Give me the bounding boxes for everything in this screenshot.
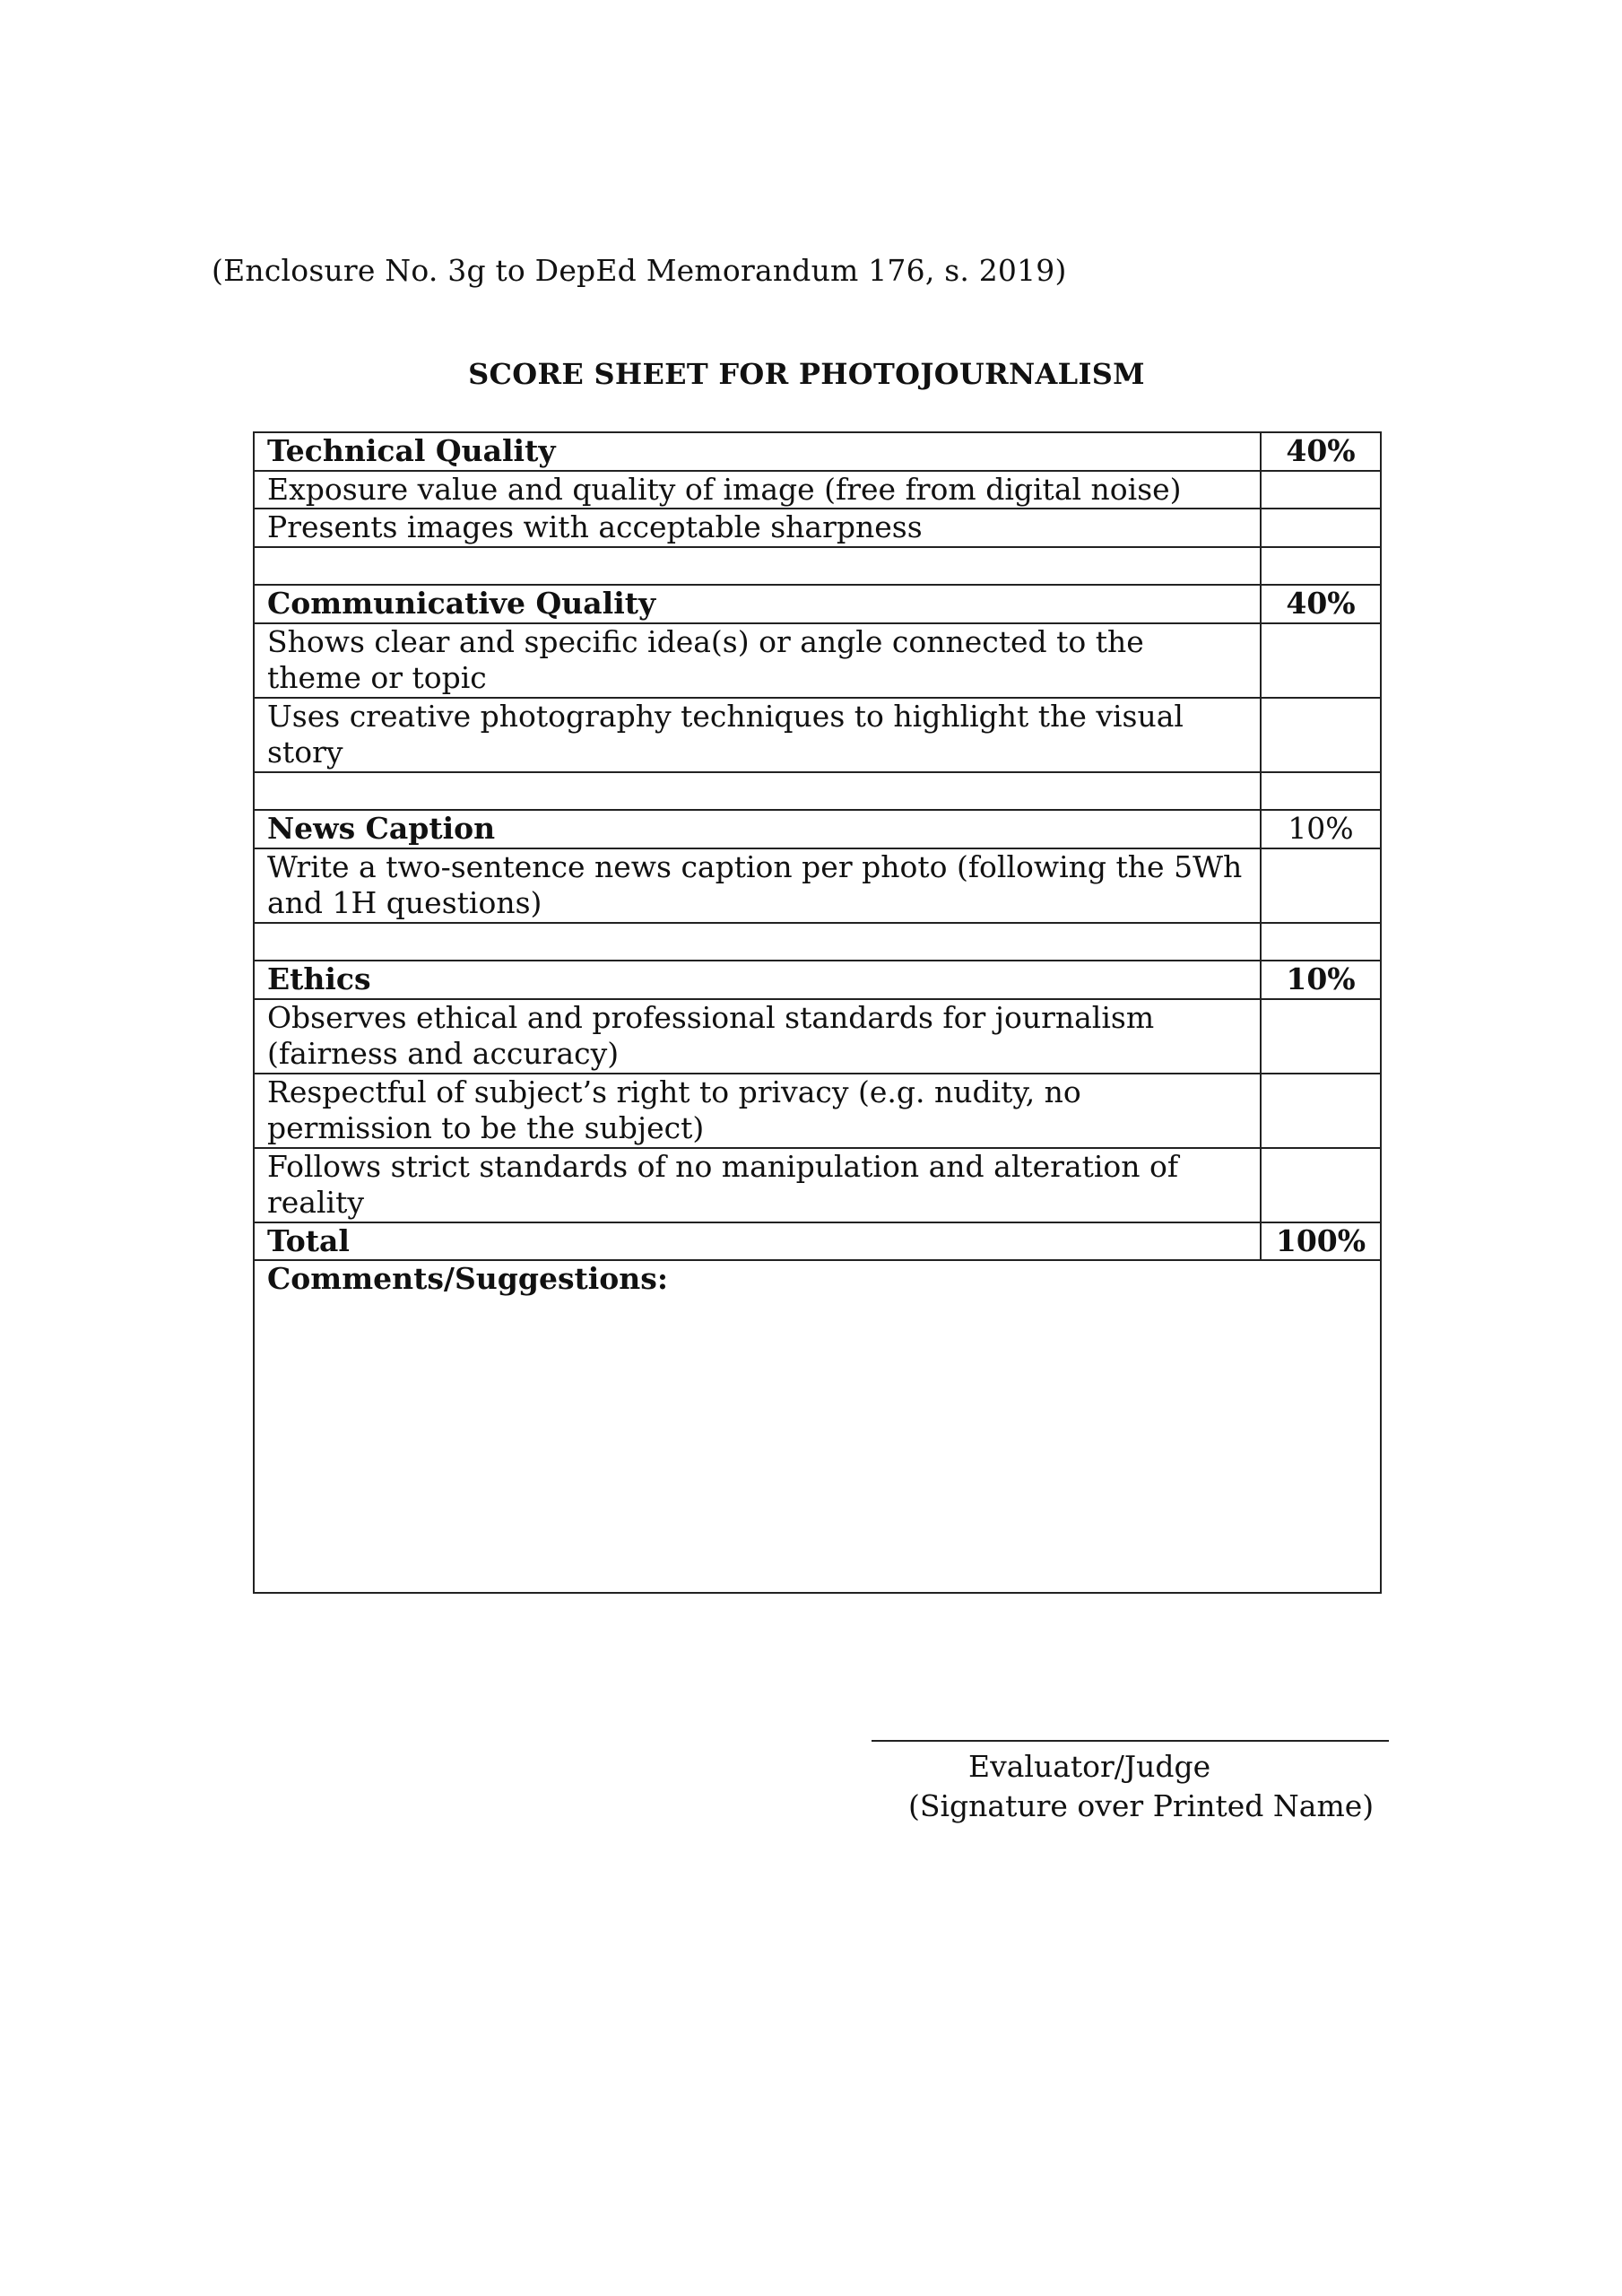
criterion-header-row: Ethics 10%	[254, 961, 1381, 999]
criterion-header-row: Communicative Quality 40%	[254, 585, 1381, 623]
total-label: Total	[254, 1222, 1261, 1261]
criterion-item: Presents images with acceptable sharpnes…	[254, 509, 1261, 547]
signature-note: (Signature over Printed Name)	[908, 1788, 1374, 1823]
enclosure-reference: (Enclosure No. 3g to DepEd Memorandum 17…	[212, 253, 1067, 288]
criterion-item-row: Respectful of subject’s right to privacy…	[254, 1074, 1381, 1148]
criterion-item-row: Follows strict standards of no manipulat…	[254, 1148, 1381, 1222]
criterion-header-row: Technical Quality 40%	[254, 432, 1381, 471]
criterion-name: Technical Quality	[254, 432, 1261, 471]
comments-field[interactable]: Comments/Suggestions:	[254, 1260, 1381, 1593]
score-cell[interactable]	[1261, 509, 1381, 547]
criterion-item: Respectful of subject’s right to privacy…	[254, 1074, 1261, 1148]
criterion-item-row: Write a two-sentence news caption per ph…	[254, 848, 1381, 923]
score-cell[interactable]	[1261, 848, 1381, 923]
spacer-cell	[254, 772, 1261, 811]
criterion-item: Write a two-sentence news caption per ph…	[254, 848, 1261, 923]
criterion-weight: 10%	[1261, 810, 1381, 848]
score-sheet-table: Technical Quality 40% Exposure value and…	[253, 431, 1382, 1594]
criterion-item-row: Observes ethical and professional standa…	[254, 999, 1381, 1074]
criterion-name: News Caption	[254, 810, 1261, 848]
criterion-weight: 40%	[1261, 585, 1381, 623]
spacer-row	[254, 547, 1381, 586]
comments-label: Comments/Suggestions:	[267, 1261, 1367, 1298]
criterion-item: Exposure value and quality of image (fre…	[254, 471, 1261, 509]
signature-line[interactable]	[872, 1740, 1389, 1742]
criterion-item: Shows clear and specific idea(s) or angl…	[254, 623, 1261, 698]
title-text: SCORE SHEET FOR PHOTOJOURNALISM	[468, 357, 1145, 391]
criterion-header-row: News Caption 10%	[254, 810, 1381, 848]
score-cell[interactable]	[1261, 1074, 1381, 1148]
spacer-cell	[254, 547, 1261, 586]
spacer-cell	[1261, 547, 1381, 586]
criterion-item-row: Uses creative photography techniques to …	[254, 698, 1381, 772]
criterion-item: Uses creative photography techniques to …	[254, 698, 1261, 772]
spacer-row	[254, 772, 1381, 811]
criterion-weight: 10%	[1261, 961, 1381, 999]
signature-role: Evaluator/Judge	[968, 1749, 1210, 1784]
comments-row: Comments/Suggestions:	[254, 1260, 1381, 1593]
total-weight: 100%	[1261, 1222, 1381, 1261]
criterion-item: Observes ethical and professional standa…	[254, 999, 1261, 1074]
criterion-item-row: Exposure value and quality of image (fre…	[254, 471, 1381, 509]
score-cell[interactable]	[1261, 1148, 1381, 1222]
score-cell[interactable]	[1261, 698, 1381, 772]
spacer-cell	[1261, 772, 1381, 811]
spacer-cell	[1261, 923, 1381, 961]
criterion-item: Follows strict standards of no manipulat…	[254, 1148, 1261, 1222]
score-cell[interactable]	[1261, 999, 1381, 1074]
criterion-name: Ethics	[254, 961, 1261, 999]
score-cell[interactable]	[1261, 623, 1381, 698]
criterion-weight: 40%	[1261, 432, 1381, 471]
page-title: SCORE SHEET FOR PHOTOJOURNALISM	[0, 357, 1622, 391]
spacer-row	[254, 923, 1381, 961]
criterion-name: Communicative Quality	[254, 585, 1261, 623]
criterion-item-row: Presents images with acceptable sharpnes…	[254, 509, 1381, 547]
total-row: Total 100%	[254, 1222, 1381, 1261]
criterion-item-row: Shows clear and specific idea(s) or angl…	[254, 623, 1381, 698]
score-cell[interactable]	[1261, 471, 1381, 509]
spacer-cell	[254, 923, 1261, 961]
